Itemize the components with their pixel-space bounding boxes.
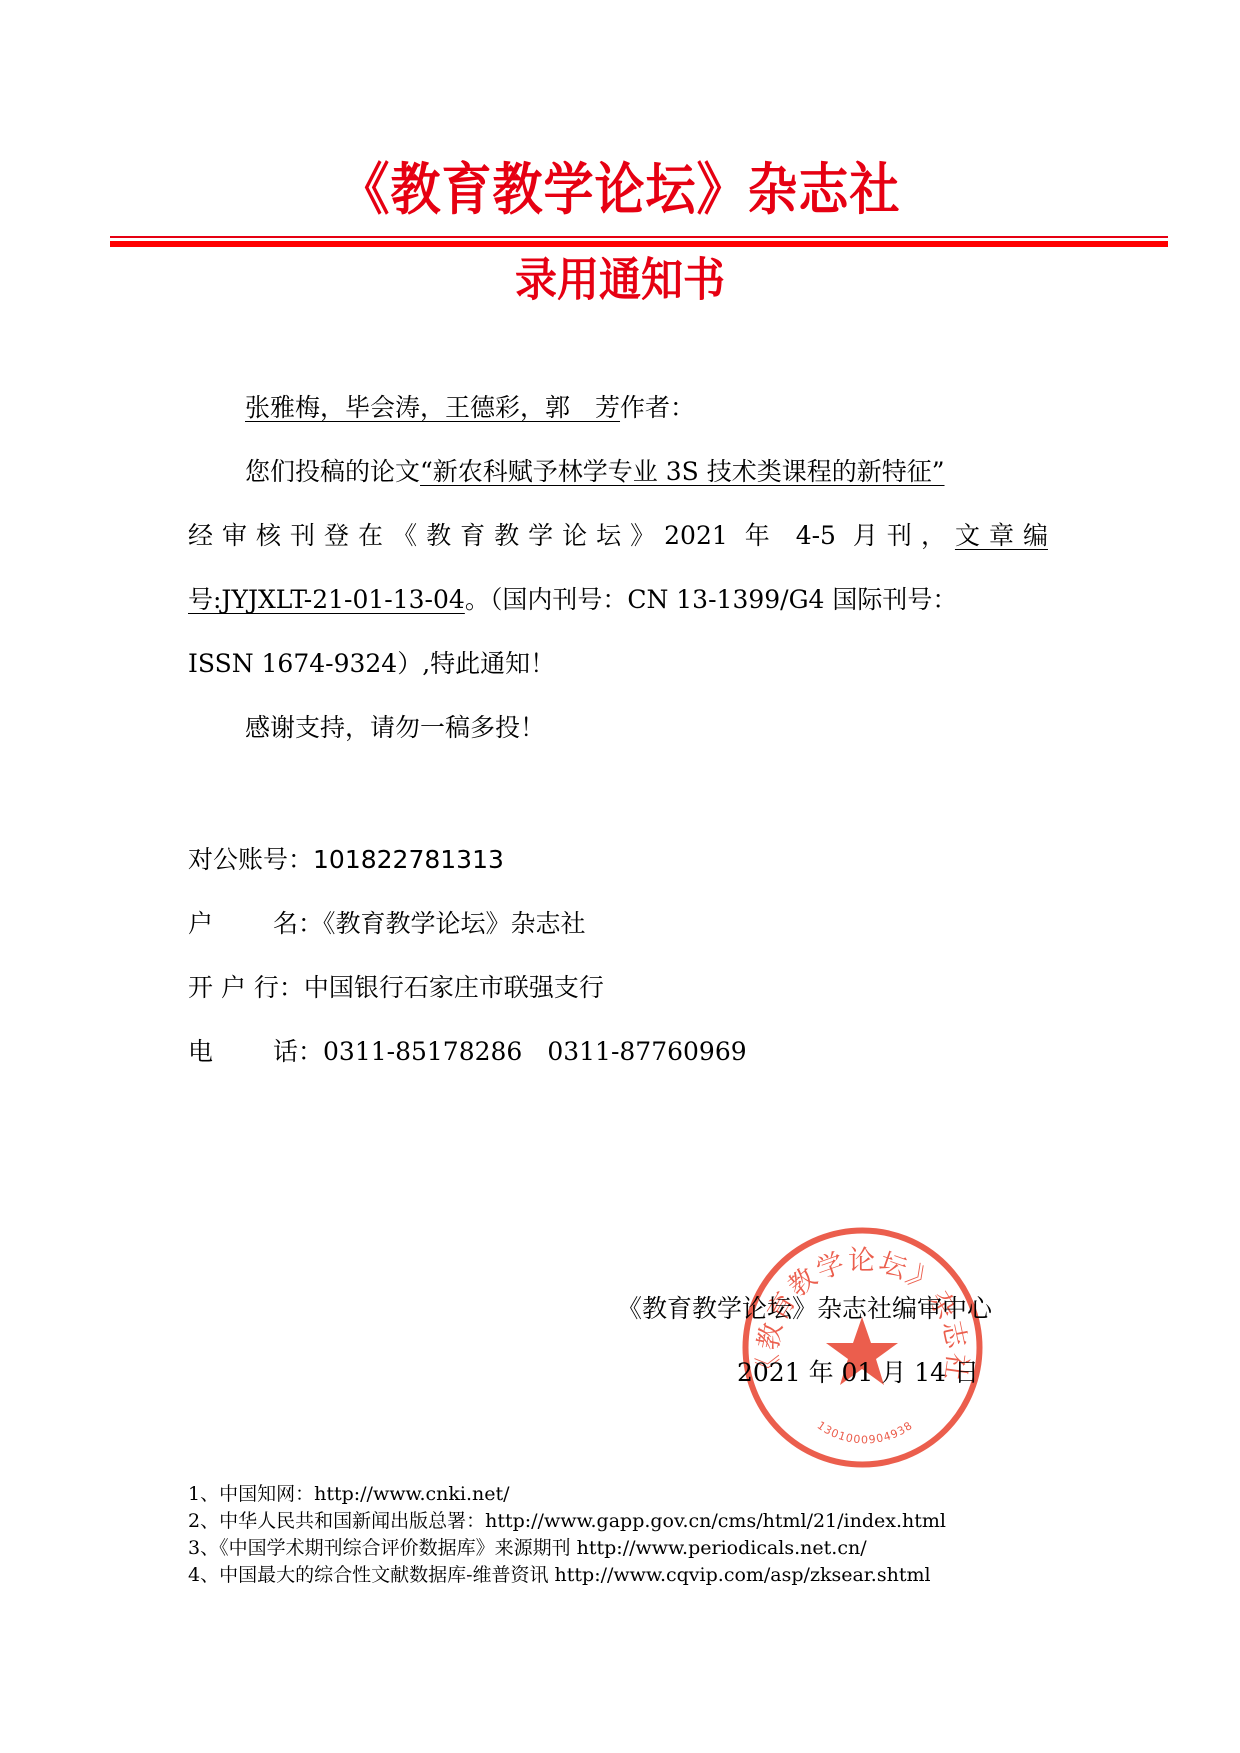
seal-stamp-icon: 《教育教学论坛》杂志社 1301000904938 (740, 1225, 985, 1470)
footer-link-4: 4、中国最大的综合性文献数据库-维普资讯 http://www.cqvip.co… (188, 1564, 931, 1586)
phone-label-a: 电 (188, 1037, 273, 1067)
author-names: 张雅梅，毕会涛，王德彩，郭 芳 (245, 393, 620, 422)
bank-row: 开 户 行：中国银行石家庄市联强支行 (188, 973, 604, 1003)
account-label: 对公账号： (188, 845, 313, 874)
publication-text: 经审核刊登在《教育教学论坛》2021 年 4-5 月刊， (188, 521, 955, 550)
account-name-label-a: 户 (188, 909, 273, 939)
bank-value: 中国银行石家庄市联强支行 (304, 973, 604, 1002)
account-name-value: 《教育教学论坛》杂志社 (323, 909, 586, 938)
header-divider-thin (110, 236, 1168, 238)
issn-line: 号:JYJXLT-21-01-13-04。（国内刊号：CN 13-1399/G4… (188, 585, 957, 615)
authors-suffix: 作者： (620, 393, 695, 422)
phone-row: 电话：0311-85178286 0311-87760969 (188, 1037, 747, 1067)
signature-org: 《教育教学论坛》杂志社编审中心 (617, 1294, 992, 1324)
bank-label: 开 户 行： (188, 973, 304, 1002)
footer-link-1: 1、中国知网：http://www.cnki.net/ (188, 1483, 510, 1505)
article-number-label: 文章编 (955, 521, 1048, 550)
authors-line: 张雅梅，毕会涛，王德彩，郭 芳作者： (245, 393, 695, 423)
account-name-row: 户名：《教育教学论坛》杂志社 (188, 909, 586, 939)
article-number: 号:JYJXLT-21-01-13-04 (188, 585, 465, 614)
thanks-line: 感谢支持，请勿一稿多投！ (245, 713, 545, 743)
account-value: 101822781313 (313, 845, 504, 874)
phone-value: 0311-85178286 0311-87760969 (323, 1037, 747, 1066)
signature-date: 2021 年 01 月 14 日 (737, 1358, 979, 1388)
submission-prefix: 您们投稿的论文 (245, 457, 420, 486)
svg-text:1301000904938: 1301000904938 (815, 1419, 916, 1447)
issn-continued: ISSN 1674-9324）,特此通知！ (188, 649, 555, 679)
footer-link-3: 3、《中国学术期刊综合评价数据库》来源期刊 http://www.periodi… (188, 1537, 867, 1559)
page-title: 《教育教学论坛》杂志社 (0, 156, 1240, 223)
page-subtitle: 录用通知书 (0, 249, 1240, 311)
phone-label-b: 话： (273, 1037, 323, 1066)
account-row: 对公账号：101822781313 (188, 845, 504, 875)
account-name-label-b: 名： (273, 909, 323, 938)
paper-title: “新农科赋予林学专业 3S 技术类课程的新特征” (420, 457, 945, 486)
footer-link-2: 2、中华人民共和国新闻出版总署：http://www.gapp.gov.cn/c… (188, 1510, 946, 1532)
issue-numbers: 。（国内刊号：CN 13-1399/G4 国际刊号： (465, 585, 958, 614)
submission-line: 您们投稿的论文“新农科赋予林学专业 3S 技术类课程的新特征” (245, 457, 945, 487)
publication-line: 经审核刊登在《教育教学论坛》2021 年 4-5 月刊，文章编 (188, 521, 1048, 551)
official-seal: 《教育教学论坛》杂志社 1301000904938 (740, 1225, 985, 1470)
header-divider-thick (110, 241, 1168, 247)
